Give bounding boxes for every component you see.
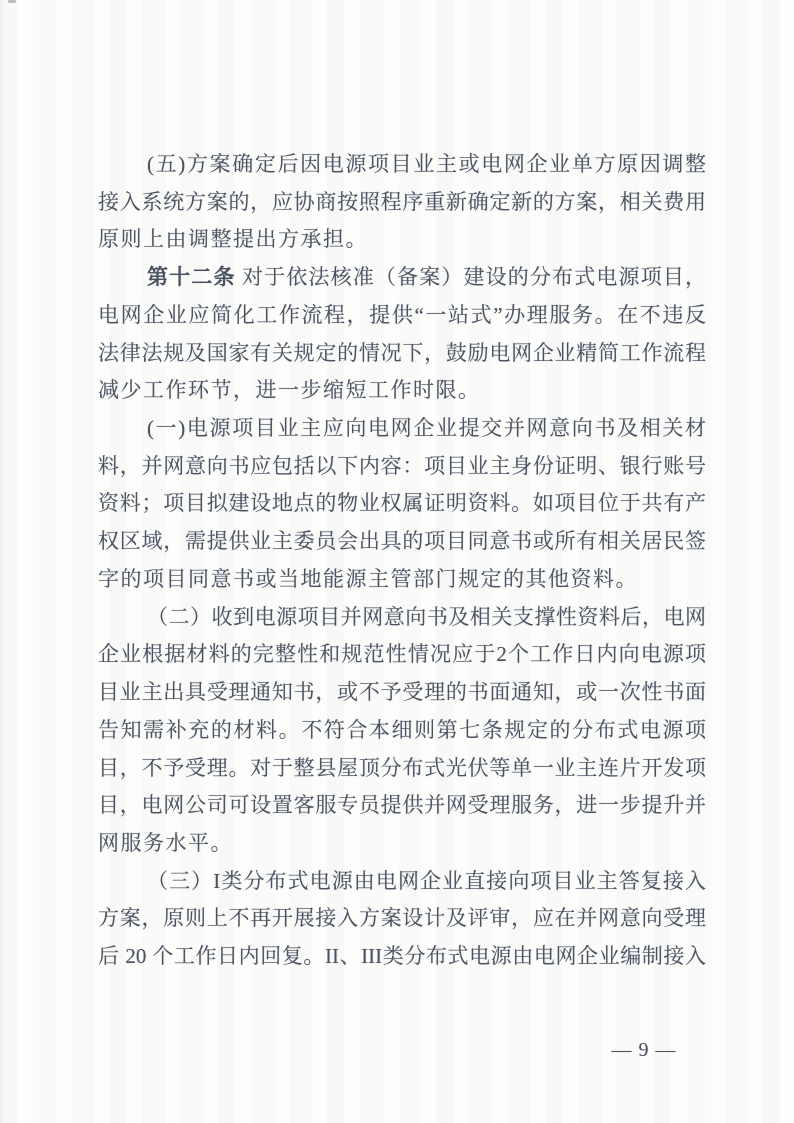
text-line: 减少工作环节，进一步缩短工作时限。: [98, 372, 706, 410]
document-body: (五)方案确定后因电源项目业主或电网企业单方原因调整接入系统方案的，应协商按照程…: [98, 146, 706, 976]
body-text: （二）收到电源项目并网意向书及相关支撑性资料后，电网: [147, 605, 706, 629]
scan-artifact-speck: [8, 0, 16, 3]
text-line: 第十二条 对于依法核准（备案）建设的分布式电源项目，: [98, 259, 706, 297]
text-line: 权区域，需提供业主委员会出具的项目同意书或所有相关居民签: [98, 523, 706, 561]
body-text: 权区域，需提供业主委员会出具的项目同意书或所有相关居民签: [98, 529, 706, 553]
text-line: (五)方案确定后因电源项目业主或电网企业单方原因调整: [98, 146, 706, 184]
text-line: （三）I类分布式电源由电网企业直接向项目业主答复接入: [98, 863, 706, 901]
text-line: 资料；项目拟建设地点的物业权属证明资料。如项目位于共有产: [98, 485, 706, 523]
body-text: 料，并网意向书应包括以下内容：项目业主身份证明、银行账号: [98, 454, 706, 478]
body-text: 资料；项目拟建设地点的物业权属证明资料。如项目位于共有产: [98, 491, 706, 515]
text-line: 后 20 个工作日内回复。II、III类分布式电源由电网企业编制接入: [98, 938, 706, 976]
body-text: 告知需补充的材料。不符合本细则第七条规定的分布式电源项: [98, 718, 706, 742]
body-text: (五)方案确定后因电源项目业主或电网企业单方原因调整: [147, 152, 706, 176]
text-line: 网服务水平。: [98, 825, 706, 863]
body-text: (一)电源项目业主应向电网企业提交并网意向书及相关材: [147, 416, 706, 440]
body-text: 原则上由调整提出方承担。: [98, 227, 368, 251]
text-line: 字的项目同意书或当地能源主管部门规定的其他资料。: [98, 561, 706, 599]
text-line: 原则上由调整提出方承担。: [98, 221, 706, 259]
body-text: 减少工作环节，进一步缩短工作时限。: [98, 378, 481, 402]
text-line: 接入系统方案的，应协商按照程序重新确定新的方案，相关费用: [98, 184, 706, 222]
text-line: 料，并网意向书应包括以下内容：项目业主身份证明、银行账号: [98, 448, 706, 486]
text-line: 电网企业应简化工作流程，提供“一站式”办理服务。在不违反: [98, 297, 706, 335]
text-line: 告知需补充的材料。不符合本细则第七条规定的分布式电源项: [98, 712, 706, 750]
body-text: 目，电网公司可设置客服专员提供并网受理服务，进一步提升并: [98, 793, 706, 817]
body-text: （三）I类分布式电源由电网企业直接向项目业主答复接入: [147, 869, 706, 893]
text-line: 企业根据材料的完整性和规范性情况应于2个工作日内向电源项: [98, 636, 706, 674]
body-text: 后 20 个工作日内回复。II、III类分布式电源由电网企业编制接入: [98, 944, 706, 968]
body-text: 网服务水平。: [98, 831, 233, 855]
text-line: 目，电网公司可设置客服专员提供并网受理服务，进一步提升并: [98, 787, 706, 825]
body-text: 对于依法核准（备案）建设的分布式电源项目，: [236, 265, 706, 289]
text-line: (一)电源项目业主应向电网企业提交并网意向书及相关材: [98, 410, 706, 448]
body-text: 企业根据材料的完整性和规范性情况应于2个工作日内向电源项: [98, 642, 706, 666]
text-line: （二）收到电源项目并网意向书及相关支撑性资料后，电网: [98, 599, 706, 637]
page-number: — 9 —: [596, 1036, 692, 1064]
body-text: 电网企业应简化工作流程，提供“一站式”办理服务。在不违反: [98, 303, 706, 327]
document-page: (五)方案确定后因电源项目业主或电网企业单方原因调整接入系统方案的，应协商按照程…: [0, 0, 794, 1123]
text-line: 方案，原则上不再开展接入方案设计及评审，应在并网意向受理: [98, 900, 706, 938]
text-line: 目业主出具受理通知书，或不予受理的书面通知，或一次性书面: [98, 674, 706, 712]
text-line: 目，不予受理。对于整县屋顶分布式光伏等单一业主连片开发项: [98, 750, 706, 788]
article-heading-text: 第十二条: [147, 265, 236, 289]
body-text: 目，不予受理。对于整县屋顶分布式光伏等单一业主连片开发项: [98, 756, 706, 780]
body-text: 目业主出具受理通知书，或不予受理的书面通知，或一次性书面: [98, 680, 706, 704]
body-text: 接入系统方案的，应协商按照程序重新确定新的方案，相关费用: [98, 190, 706, 214]
body-text: 方案，原则上不再开展接入方案设计及评审，应在并网意向受理: [98, 906, 706, 930]
body-text: 法律法规及国家有关规定的情况下，鼓励电网企业精简工作流程: [98, 341, 706, 365]
body-text: 字的项目同意书或当地能源主管部门规定的其他资料。: [98, 567, 638, 591]
text-line: 法律法规及国家有关规定的情况下，鼓励电网企业精简工作流程: [98, 335, 706, 373]
